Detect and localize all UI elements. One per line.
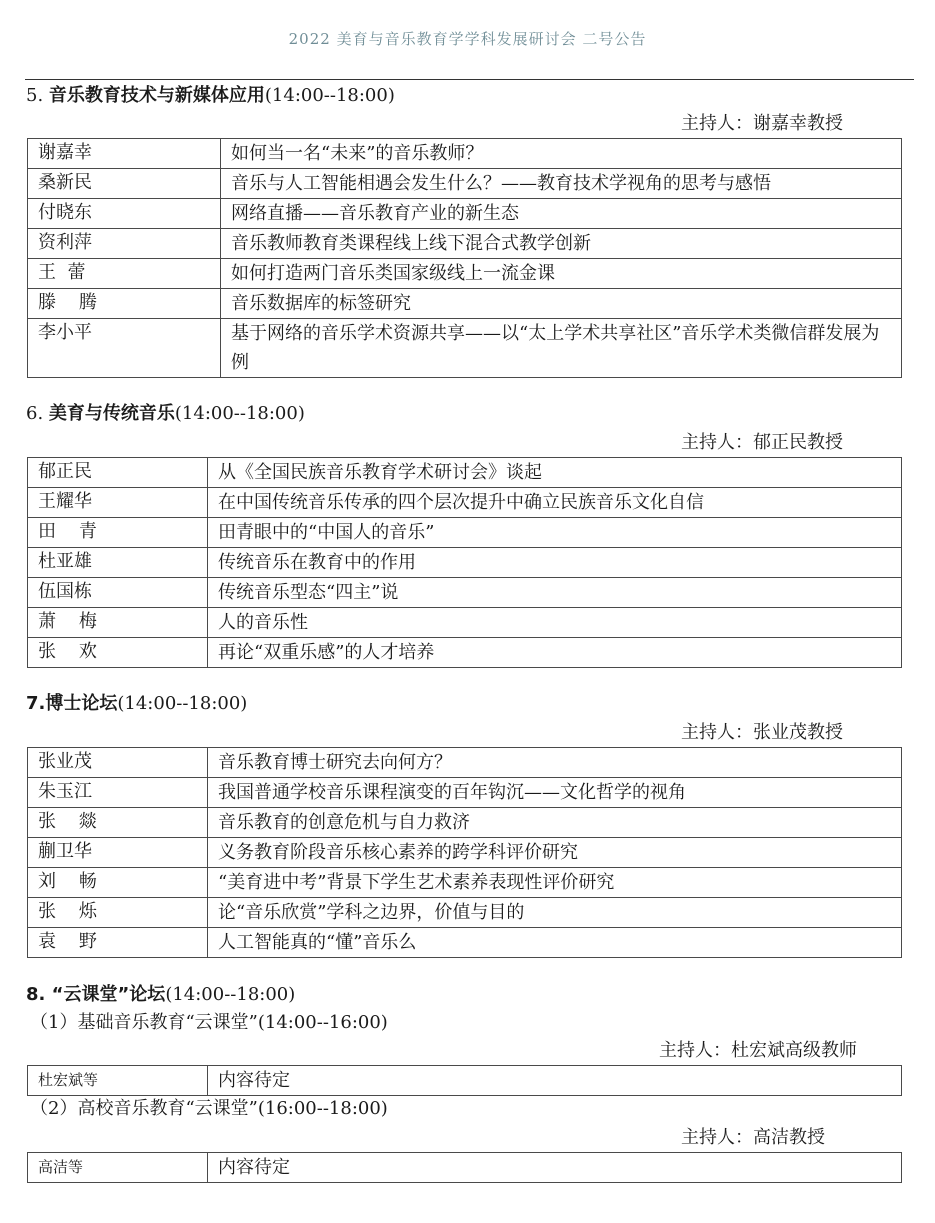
subsection-2-host: 主持人：高洁教授 [681, 1126, 825, 1150]
page-header-title: 2022 美育与音乐教育学学科发展研讨会 二号公告 [0, 28, 935, 49]
topic-cell: 基于网络的音乐学术资源共享——以“太上学术共享社区”音乐学术类微信群发展为例 [221, 319, 902, 378]
section-6-table: 郁正民从《全国民族音乐教育学术研讨会》谈起 王耀华在中国传统音乐传承的四个层次提… [27, 457, 902, 668]
subsection-1-host: 主持人：杜宏斌高级教师 [659, 1039, 857, 1063]
topic-cell: 如何当一名“未来”的音乐教师？ [221, 139, 902, 169]
section-7-title: 7.博士论坛(14:00--18:00) [26, 692, 247, 716]
topic-cell: 我国普通学校音乐课程演变的百年钩沉——文化哲学的视角 [208, 778, 902, 808]
speaker-cell: 郁正民 [28, 458, 208, 488]
section-number: 8. [26, 984, 52, 1005]
table-row: 杜亚雄传统音乐在教育中的作用 [28, 548, 902, 578]
table-row: 朱玉江我国普通学校音乐课程演变的百年钩沉——文化哲学的视角 [28, 778, 902, 808]
section-5-table: 谢嘉幸如何当一名“未来”的音乐教师？ 桑新民音乐与人工智能相遇会发生什么？——教… [27, 138, 902, 378]
speaker-cell: 滕 腾 [28, 289, 221, 319]
topic-cell: 内容待定 [208, 1066, 902, 1096]
table-row: 谢嘉幸如何当一名“未来”的音乐教师？ [28, 139, 902, 169]
topic-cell: 义务教育阶段音乐核心素养的跨学科评价研究 [208, 838, 902, 868]
table-row: 郁正民从《全国民族音乐教育学术研讨会》谈起 [28, 458, 902, 488]
table-row: 桑新民音乐与人工智能相遇会发生什么？——教育技术学视角的思考与感悟 [28, 169, 902, 199]
section-time: (14:00--18:00) [175, 403, 305, 424]
speaker-cell: 张 烁 [28, 898, 208, 928]
table-row: 田 青田青眼中的“中国人的音乐” [28, 518, 902, 548]
section-name: 音乐教育技术与新媒体应用 [49, 85, 265, 106]
topic-cell: 音乐与人工智能相遇会发生什么？——教育技术学视角的思考与感悟 [221, 169, 902, 199]
table-row: 李小平基于网络的音乐学术资源共享——以“太上学术共享社区”音乐学术类微信群发展为… [28, 319, 902, 378]
table-row: 张 燚音乐教育的创意危机与自力救济 [28, 808, 902, 838]
table-row: 张 欢再论“双重乐感”的人才培养 [28, 638, 902, 668]
topic-cell: 音乐数据库的标签研究 [221, 289, 902, 319]
subsection-1-title: （1）基础音乐教育“云课堂”(14:00--16:00) [30, 1011, 388, 1035]
speaker-cell: 刘 畅 [28, 868, 208, 898]
topic-cell: 在中国传统音乐传承的四个层次提升中确立民族音乐文化自信 [208, 488, 902, 518]
subsection-2-table: 高洁等内容待定 [27, 1152, 902, 1183]
table-row: 王 蕾如何打造两门音乐类国家级线上一流金课 [28, 259, 902, 289]
speaker-cell: 朱玉江 [28, 778, 208, 808]
speaker-cell: 张业茂 [28, 748, 208, 778]
header-divider [25, 79, 914, 80]
topic-cell: 再论“双重乐感”的人才培养 [208, 638, 902, 668]
topic-cell: “美育进中考”背景下学生艺术素养表现性评价研究 [208, 868, 902, 898]
topic-cell: 田青眼中的“中国人的音乐” [208, 518, 902, 548]
subsection-2-title: （2）高校音乐教育“云课堂”(16:00--18:00) [30, 1097, 388, 1121]
topic-cell: 论“音乐欣赏”学科之边界，价值与目的 [208, 898, 902, 928]
section-time: (14:00--18:00) [117, 693, 247, 714]
speaker-cell: 田 青 [28, 518, 208, 548]
table-row: 张业茂音乐教育博士研究去向何方？ [28, 748, 902, 778]
topic-cell: 传统音乐在教育中的作用 [208, 548, 902, 578]
topic-cell: 从《全国民族音乐教育学术研讨会》谈起 [208, 458, 902, 488]
speaker-cell: 张 欢 [28, 638, 208, 668]
table-row: 张 烁论“音乐欣赏”学科之边界，价值与目的 [28, 898, 902, 928]
speaker-cell: 张 燚 [28, 808, 208, 838]
table-row: 滕 腾音乐数据库的标签研究 [28, 289, 902, 319]
speaker-cell: 袁 野 [28, 928, 208, 958]
section-name: 美育与传统音乐 [49, 403, 175, 424]
topic-cell: 网络直播——音乐教育产业的新生态 [221, 199, 902, 229]
section-number: 7. [26, 693, 45, 714]
topic-cell: 传统音乐型态“四主”说 [208, 578, 902, 608]
section-8-title: 8. “云课堂”论坛(14:00--18:00) [26, 983, 295, 1007]
speaker-cell: 谢嘉幸 [28, 139, 221, 169]
table-row: 付晓东网络直播——音乐教育产业的新生态 [28, 199, 902, 229]
section-name: 博士论坛 [45, 693, 117, 714]
subsection-1-table: 杜宏斌等内容待定 [27, 1065, 902, 1096]
speaker-cell: 资利萍 [28, 229, 221, 259]
section-time: (14:00--18:00) [265, 85, 395, 106]
topic-cell: 音乐教育的创意危机与自力救济 [208, 808, 902, 838]
table-row: 高洁等内容待定 [28, 1153, 902, 1183]
topic-cell: 如何打造两门音乐类国家级线上一流金课 [221, 259, 902, 289]
speaker-cell: 杜亚雄 [28, 548, 208, 578]
topic-cell: 音乐教师教育类课程线上线下混合式教学创新 [221, 229, 902, 259]
topic-cell: 内容待定 [208, 1153, 902, 1183]
topic-cell: 人的音乐性 [208, 608, 902, 638]
section-6-host: 主持人：郁正民教授 [681, 431, 843, 455]
speaker-cell: 桑新民 [28, 169, 221, 199]
section-number: 5. [26, 85, 49, 106]
topic-cell: 人工智能真的“懂”音乐么 [208, 928, 902, 958]
speaker-cell: 萧 梅 [28, 608, 208, 638]
speaker-cell: 蒯卫华 [28, 838, 208, 868]
table-row: 刘 畅“美育进中考”背景下学生艺术素养表现性评价研究 [28, 868, 902, 898]
section-7-table: 张业茂音乐教育博士研究去向何方？ 朱玉江我国普通学校音乐课程演变的百年钩沉——文… [27, 747, 902, 958]
table-row: 蒯卫华义务教育阶段音乐核心素养的跨学科评价研究 [28, 838, 902, 868]
section-6-title: 6. 美育与传统音乐(14:00--18:00) [26, 402, 305, 426]
speaker-cell: 伍国栋 [28, 578, 208, 608]
section-time: (14:00--18:00) [165, 984, 295, 1005]
speaker-cell: 王耀华 [28, 488, 208, 518]
table-row: 资利萍音乐教师教育类课程线上线下混合式教学创新 [28, 229, 902, 259]
section-5-host: 主持人：谢嘉幸教授 [681, 112, 843, 136]
table-row: 杜宏斌等内容待定 [28, 1066, 902, 1096]
section-5-title: 5. 音乐教育技术与新媒体应用(14:00--18:00) [26, 84, 395, 108]
table-row: 萧 梅人的音乐性 [28, 608, 902, 638]
speaker-cell: 杜宏斌等 [28, 1066, 208, 1096]
speaker-cell: 李小平 [28, 319, 221, 378]
table-row: 袁 野人工智能真的“懂”音乐么 [28, 928, 902, 958]
table-row: 伍国栋传统音乐型态“四主”说 [28, 578, 902, 608]
section-7-host: 主持人：张业茂教授 [681, 721, 843, 745]
speaker-cell: 高洁等 [28, 1153, 208, 1183]
table-row: 王耀华在中国传统音乐传承的四个层次提升中确立民族音乐文化自信 [28, 488, 902, 518]
section-name: “云课堂”论坛 [52, 984, 166, 1005]
speaker-cell: 付晓东 [28, 199, 221, 229]
speaker-cell: 王 蕾 [28, 259, 221, 289]
topic-cell: 音乐教育博士研究去向何方？ [208, 748, 902, 778]
section-number: 6. [26, 403, 49, 424]
